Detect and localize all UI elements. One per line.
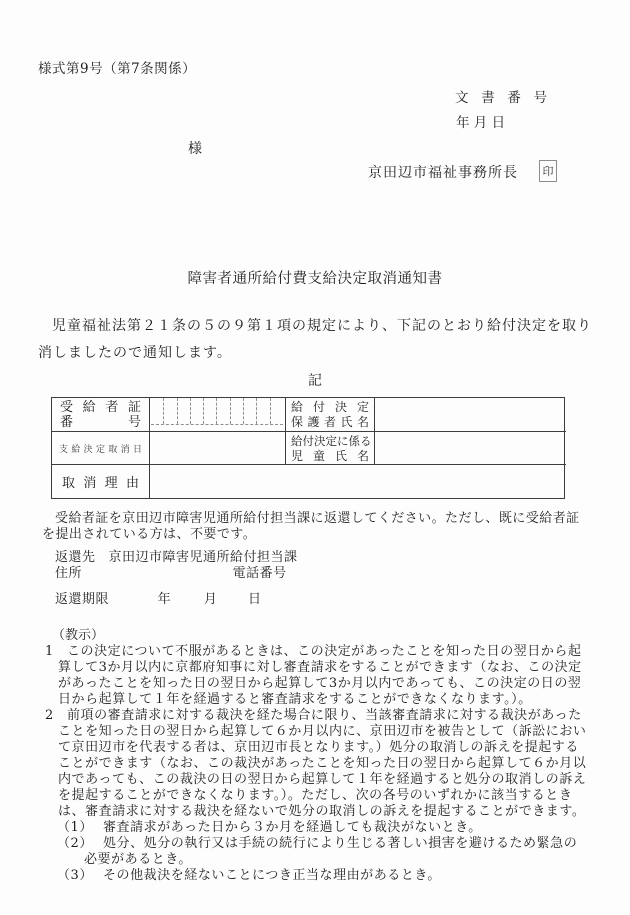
return-dest-label: 返還先: [55, 550, 96, 565]
instructions-list: 1この決定について不服があるときは、この決定があったことを知った日の翌日から起算…: [45, 644, 590, 884]
instruction-item-1-text: この決定について不服があるときは、この決定があったことを知った日の翌日から起算し…: [58, 644, 582, 707]
issuer-name: 京田辺市福祉事務所長: [368, 162, 518, 182]
instruction-subitem-3-number: （3）: [57, 868, 103, 884]
instruction-subitem-1-text: 審査請求があった日から３か月を経過しても裁決がないとき。: [103, 820, 482, 835]
instruction-subitem-2: （2）処分、処分の執行又は手続の続行により生じる著しい損害を避けるため緊急の必要…: [45, 836, 590, 868]
digit-box: [271, 398, 283, 424]
return-deadline-line: 返還期限 年 月 日: [55, 592, 592, 608]
digit-box: [217, 398, 230, 424]
recipient-cert-number-label-cell: 受給者証 番号: [52, 398, 149, 431]
instructions-heading: （教示）: [52, 628, 592, 644]
ki-marker: 記: [38, 368, 592, 395]
instruction-item-2-number: 2: [45, 708, 67, 724]
date-month-label: 月: [474, 115, 488, 131]
document-title: 障害者通所給付費支給決定取消通知書: [38, 267, 592, 288]
recipient-cert-label-line1: 受給者証: [60, 400, 141, 415]
digit-box: [257, 398, 270, 424]
form-number: 様式第9号（第7条関係）: [38, 57, 196, 77]
cancel-reason-value-cell: [149, 464, 566, 498]
stamp-character: 印: [543, 163, 554, 179]
addressee-suffix: 様: [188, 138, 202, 158]
digit-box: [178, 398, 191, 424]
digit-box: [151, 398, 164, 424]
guardian-name-label-cell: 給付決定 保護者氏名: [285, 398, 374, 431]
phone-label: 電話番号: [233, 566, 287, 581]
child-name-label-cell: 給付決定に係る 児童氏名: [285, 431, 374, 464]
deadline-label: 返還期限: [55, 592, 109, 607]
stamp-placeholder: 印: [539, 160, 557, 182]
digit-box: [244, 398, 257, 424]
instruction-subitem-1: （1）審査請求があった日から３か月を経過しても裁決がないとき。: [45, 820, 590, 836]
digit-box: [231, 398, 244, 424]
digit-box: [204, 398, 217, 424]
cancel-reason-label: 取消理由: [62, 472, 139, 491]
digit-box: [164, 398, 177, 424]
return-paragraph: 受給者証を京田辺市障害児通所給付担当課に返還してください。ただし、既に受給者証を…: [42, 511, 592, 543]
main-paragraph: 児童福祉法第２１条の５の９第１項の規定により、下記のとおり給付決定を取り消しまし…: [38, 313, 592, 367]
instruction-item-1: 1この決定について不服があるときは、この決定があったことを知った日の翌日から起算…: [45, 644, 590, 708]
digit-box: [191, 398, 204, 424]
date-day-label: 日: [492, 115, 506, 131]
cancel-date-label-cell: 支給決定取消日: [52, 431, 149, 464]
recipient-cert-number-value-cell: [149, 398, 285, 431]
deadline-day-label: 日: [248, 592, 262, 607]
cancel-date-value-cell: [149, 431, 285, 464]
cancel-date-label: 支給決定取消日: [59, 442, 142, 455]
child-name-value-cell: [374, 431, 566, 464]
instruction-subitem-1-number: （1）: [57, 820, 103, 836]
recipient-cert-digit-boxes: [151, 398, 283, 425]
instruction-item-2-text: 前項の審査請求に対する裁決を経た場合に限り、当該審査請求に対する裁決があったこと…: [58, 708, 586, 819]
document-page: 様式第9号（第7条関係） 文書番号 年 月 日 様 京田辺市福祉事務所長 印 障…: [0, 0, 630, 915]
notice-table: 受給者証 番号 給付決定 保護者氏名 支給決定取消日 給付決定に係る 児童氏名: [51, 397, 565, 499]
document-number-label: 文書番号: [455, 86, 547, 106]
guardian-name-value-cell: [374, 398, 566, 431]
document-body: 障害者通所給付費支給決定取消通知書 児童福祉法第２１条の５の９第１項の規定により…: [0, 0, 630, 884]
guardian-label-line2: 保護者氏名: [291, 415, 369, 430]
address-phone-line: 住所 電話番号: [55, 566, 592, 582]
recipient-cert-label-line2: 番号: [60, 415, 141, 430]
address-label: 住所: [55, 566, 82, 581]
instruction-subitem-2-text: 処分、処分の執行又は手続の続行により生じる著しい損害を避けるため緊急の必要がある…: [84, 836, 577, 867]
child-label-line1: 給付決定に係る: [291, 434, 369, 449]
instruction-subitem-3: （3）その他裁決を経ないことにつき正当な理由があるとき。: [45, 868, 590, 884]
guardian-label-line1: 給付決定: [291, 400, 369, 415]
date-year-label: 年: [456, 115, 470, 131]
instruction-subitem-2-number: （2）: [57, 836, 103, 852]
return-dest-value: 京田辺市障害児通所給付担当課: [109, 550, 298, 565]
instruction-item-2: 2前項の審査請求に対する裁決を経た場合に限り、当該審査請求に対する裁決があったこ…: [45, 708, 590, 820]
deadline-year-label: 年: [158, 592, 172, 607]
child-label-line2: 児童氏名: [291, 449, 369, 464]
deadline-month-label: 月: [204, 592, 218, 607]
instruction-subitem-3-text: その他裁決を経ないことにつき正当な理由があるとき。: [103, 868, 441, 883]
header-date-line: 年 月 日: [456, 111, 542, 131]
cancel-reason-label-cell: 取消理由: [52, 464, 149, 498]
return-destination-line: 返還先京田辺市障害児通所給付担当課: [55, 550, 592, 566]
instruction-item-1-number: 1: [45, 644, 67, 660]
